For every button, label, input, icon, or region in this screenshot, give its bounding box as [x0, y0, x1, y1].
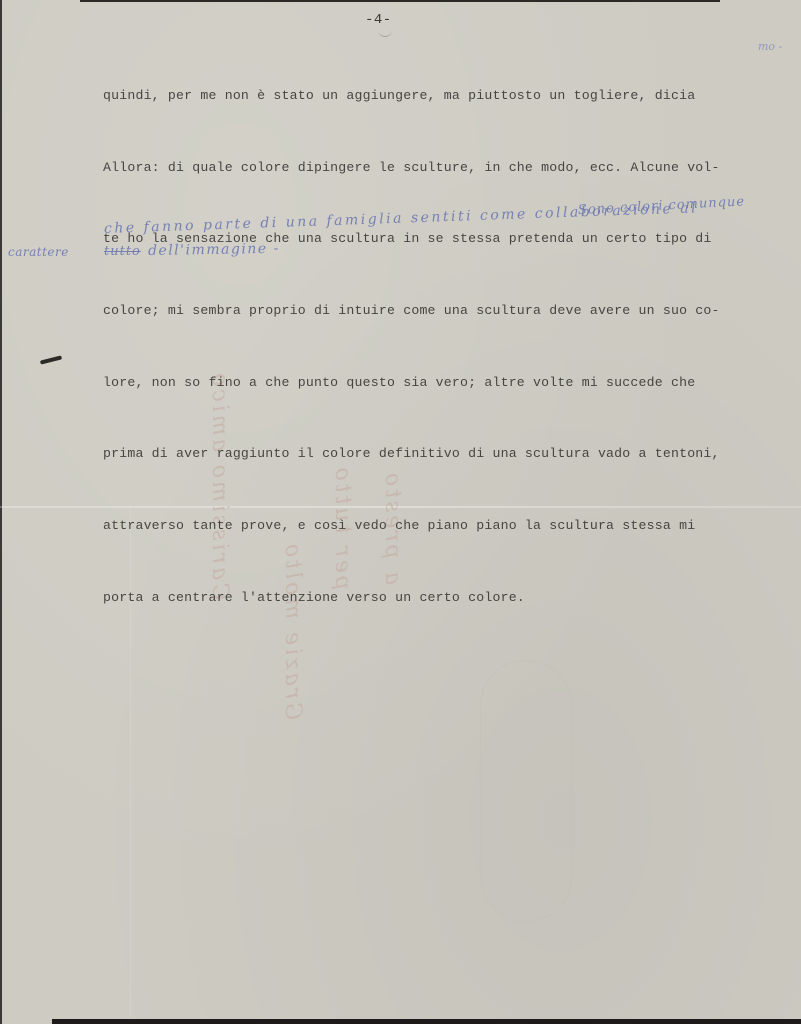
- typed-line-text: porta a centrare l'attenzione verso un c…: [103, 590, 525, 605]
- typed-line: lore, non so fino a che punto questo sia…: [103, 371, 801, 395]
- typed-line: colore; mi sembra proprio di intuire com…: [103, 299, 801, 323]
- typed-line: Allora: di quale colore dipingere le scu…: [103, 156, 801, 180]
- handwritten-struck-word: tutto: [104, 244, 141, 259]
- typed-line: quindi, per me non è stato un aggiungere…: [103, 84, 801, 108]
- handwritten-word-completion: mo -: [758, 40, 782, 53]
- typed-line-text: Allora: di quale colore dipingere le scu…: [103, 160, 720, 175]
- scan-edge-left: [0, 0, 2, 1024]
- typed-line: porta a centrare l'attenzione verso un c…: [103, 586, 801, 610]
- handwritten-annotation: dell'immagine -: [148, 241, 280, 259]
- handwritten-margin-note: carattere: [8, 245, 69, 259]
- typed-body: quindi, per me non è stato un aggiungere…: [103, 36, 801, 657]
- scan-edge-top: [80, 0, 720, 2]
- typed-line: attraverso tante prove, e così vedo che …: [103, 514, 801, 538]
- typed-line-text: quindi, per me non è stato un aggiungere…: [103, 88, 695, 103]
- margin-pen-mark: [40, 355, 62, 364]
- typed-line-text: colore; mi sembra proprio di intuire com…: [103, 303, 720, 318]
- typed-line: prima di aver raggiunto il colore defini…: [103, 442, 801, 466]
- page-number: -4-: [365, 12, 392, 28]
- typed-line-text: lore, non so fino a che punto questo sia…: [103, 375, 695, 390]
- typed-line-text: prima di aver raggiunto il colore defini…: [103, 446, 720, 461]
- typed-line-text: attraverso tante prove, e così vedo che …: [103, 518, 695, 533]
- document-page: Carissimo amico Grazie molto per tutto a…: [0, 0, 801, 1024]
- scan-edge-bottom: [52, 1019, 801, 1024]
- bleed-through-shape: [480, 660, 572, 922]
